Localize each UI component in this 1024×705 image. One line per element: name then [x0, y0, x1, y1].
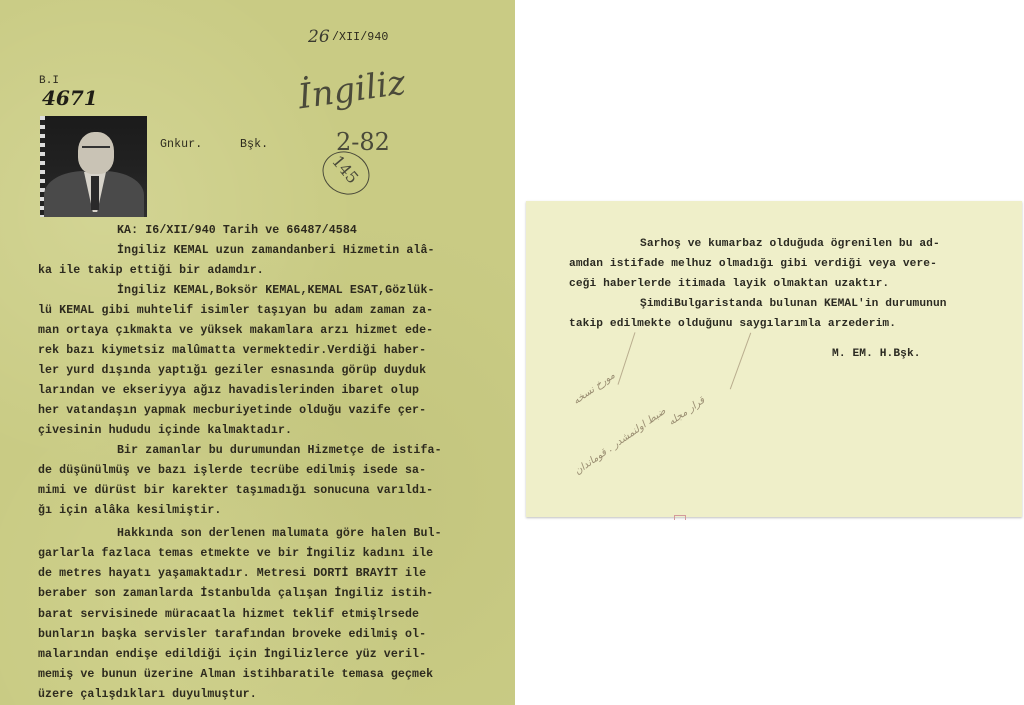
pencil-stroke — [618, 332, 636, 385]
text-line: üzere çalışdıkları duyulmuştur. — [38, 688, 257, 701]
text-line: KA: I6/XII/940 Tarih ve 66487/4584 — [117, 224, 357, 237]
typed-date: /XII/940 — [332, 31, 388, 44]
text-line: larından ve ekseriyya ağız havadislerind… — [38, 384, 419, 397]
pencil-stroke — [730, 333, 751, 390]
text-line: de metres hayatı yaşamaktadır. Metresi D… — [38, 567, 426, 580]
text-line: her vatandaşın yapmak mecburiyetinde old… — [38, 404, 426, 417]
text-line: garlarla fazlaca temas etmekte ve bir İn… — [38, 547, 433, 560]
text-line: takip edilmekte olduğunu saygılarımla ar… — [569, 318, 896, 330]
text-line: ceği haberlerde itimada layik olmaktan u… — [569, 278, 889, 290]
addressee-left: Gnkur. — [160, 138, 202, 151]
text-line: ler yurd dışında yaptığı geziler esnasın… — [38, 364, 426, 377]
text-line: barat servisinede müracaatla hizmet tekl… — [38, 608, 419, 621]
text-line: man ortaya çıkmakta ve yüksek makamlara … — [38, 324, 433, 337]
handwritten-annotation: İngiliz — [296, 63, 408, 118]
pencil-note: مورخ نسخه — [571, 370, 617, 407]
document-page-1: 26 /XII/940 B.I 4671 İngiliz 2-82 145 Gn… — [0, 0, 515, 705]
text-line: amdan istifade melhuz olmadığı gibi verd… — [569, 258, 937, 270]
text-line: beraber son zamanlarda İstanbulda çalışa… — [38, 587, 433, 600]
text-line: İngiliz KEMAL uzun zamandanberi Hizmetin… — [117, 244, 435, 257]
handwritten-date-day: 26 — [308, 27, 330, 47]
text-line: Sarhoş ve kumarbaz olduğuda ögrenilen bu… — [640, 238, 940, 250]
text-line: malarından endişe edildiği için İngilizl… — [38, 648, 426, 661]
text-line: ğı için alâka kesilmiştir. — [38, 504, 222, 517]
text-line: Hakkında son derlenen malumata göre hale… — [117, 527, 442, 540]
handwritten-reference-number: 4671 — [42, 86, 98, 110]
text-line: çivesinin hududu içinde kalmaktadır. — [38, 424, 292, 437]
text-line: mimi ve dürüst bir karekter taşımadığı s… — [38, 484, 433, 497]
document-page-2: Sarhoş ve kumarbaz olduğuda ögrenilen bu… — [526, 201, 1022, 517]
signature-block: M. EM. H.Bşk. — [832, 348, 921, 360]
text-line: lü KEMAL gibi muhtelif isimler taşıyan b… — [38, 304, 433, 317]
text-line: İngiliz KEMAL,Boksör KEMAL,KEMAL ESAT,Gö… — [117, 284, 435, 297]
portrait-photo — [40, 116, 147, 217]
text-line: bunların başka servisler tarafından brov… — [38, 628, 426, 641]
text-line: Bir zamanlar bu durumundan Hizmetçe de i… — [117, 444, 442, 457]
pencil-note: ضبط اولنمشدر . قوماندان — [573, 406, 668, 477]
red-mark — [674, 515, 686, 520]
text-line: ŞimdiBulgaristanda bulunan KEMAL'in duru… — [640, 298, 947, 310]
text-line: rek bazı kiymetsiz malûmatta vermektedir… — [38, 344, 426, 357]
addressee-right: Bşk. — [240, 138, 268, 151]
text-line: ka ile takip ettiği bir adamdır. — [38, 264, 264, 277]
text-line: de düşünülmüş ve bazı işlerde tecrübe ed… — [38, 464, 426, 477]
text-line: memiş ve bunun üzerine Alman istihbarati… — [38, 668, 433, 681]
pencil-note: قرار مجله — [667, 395, 707, 428]
